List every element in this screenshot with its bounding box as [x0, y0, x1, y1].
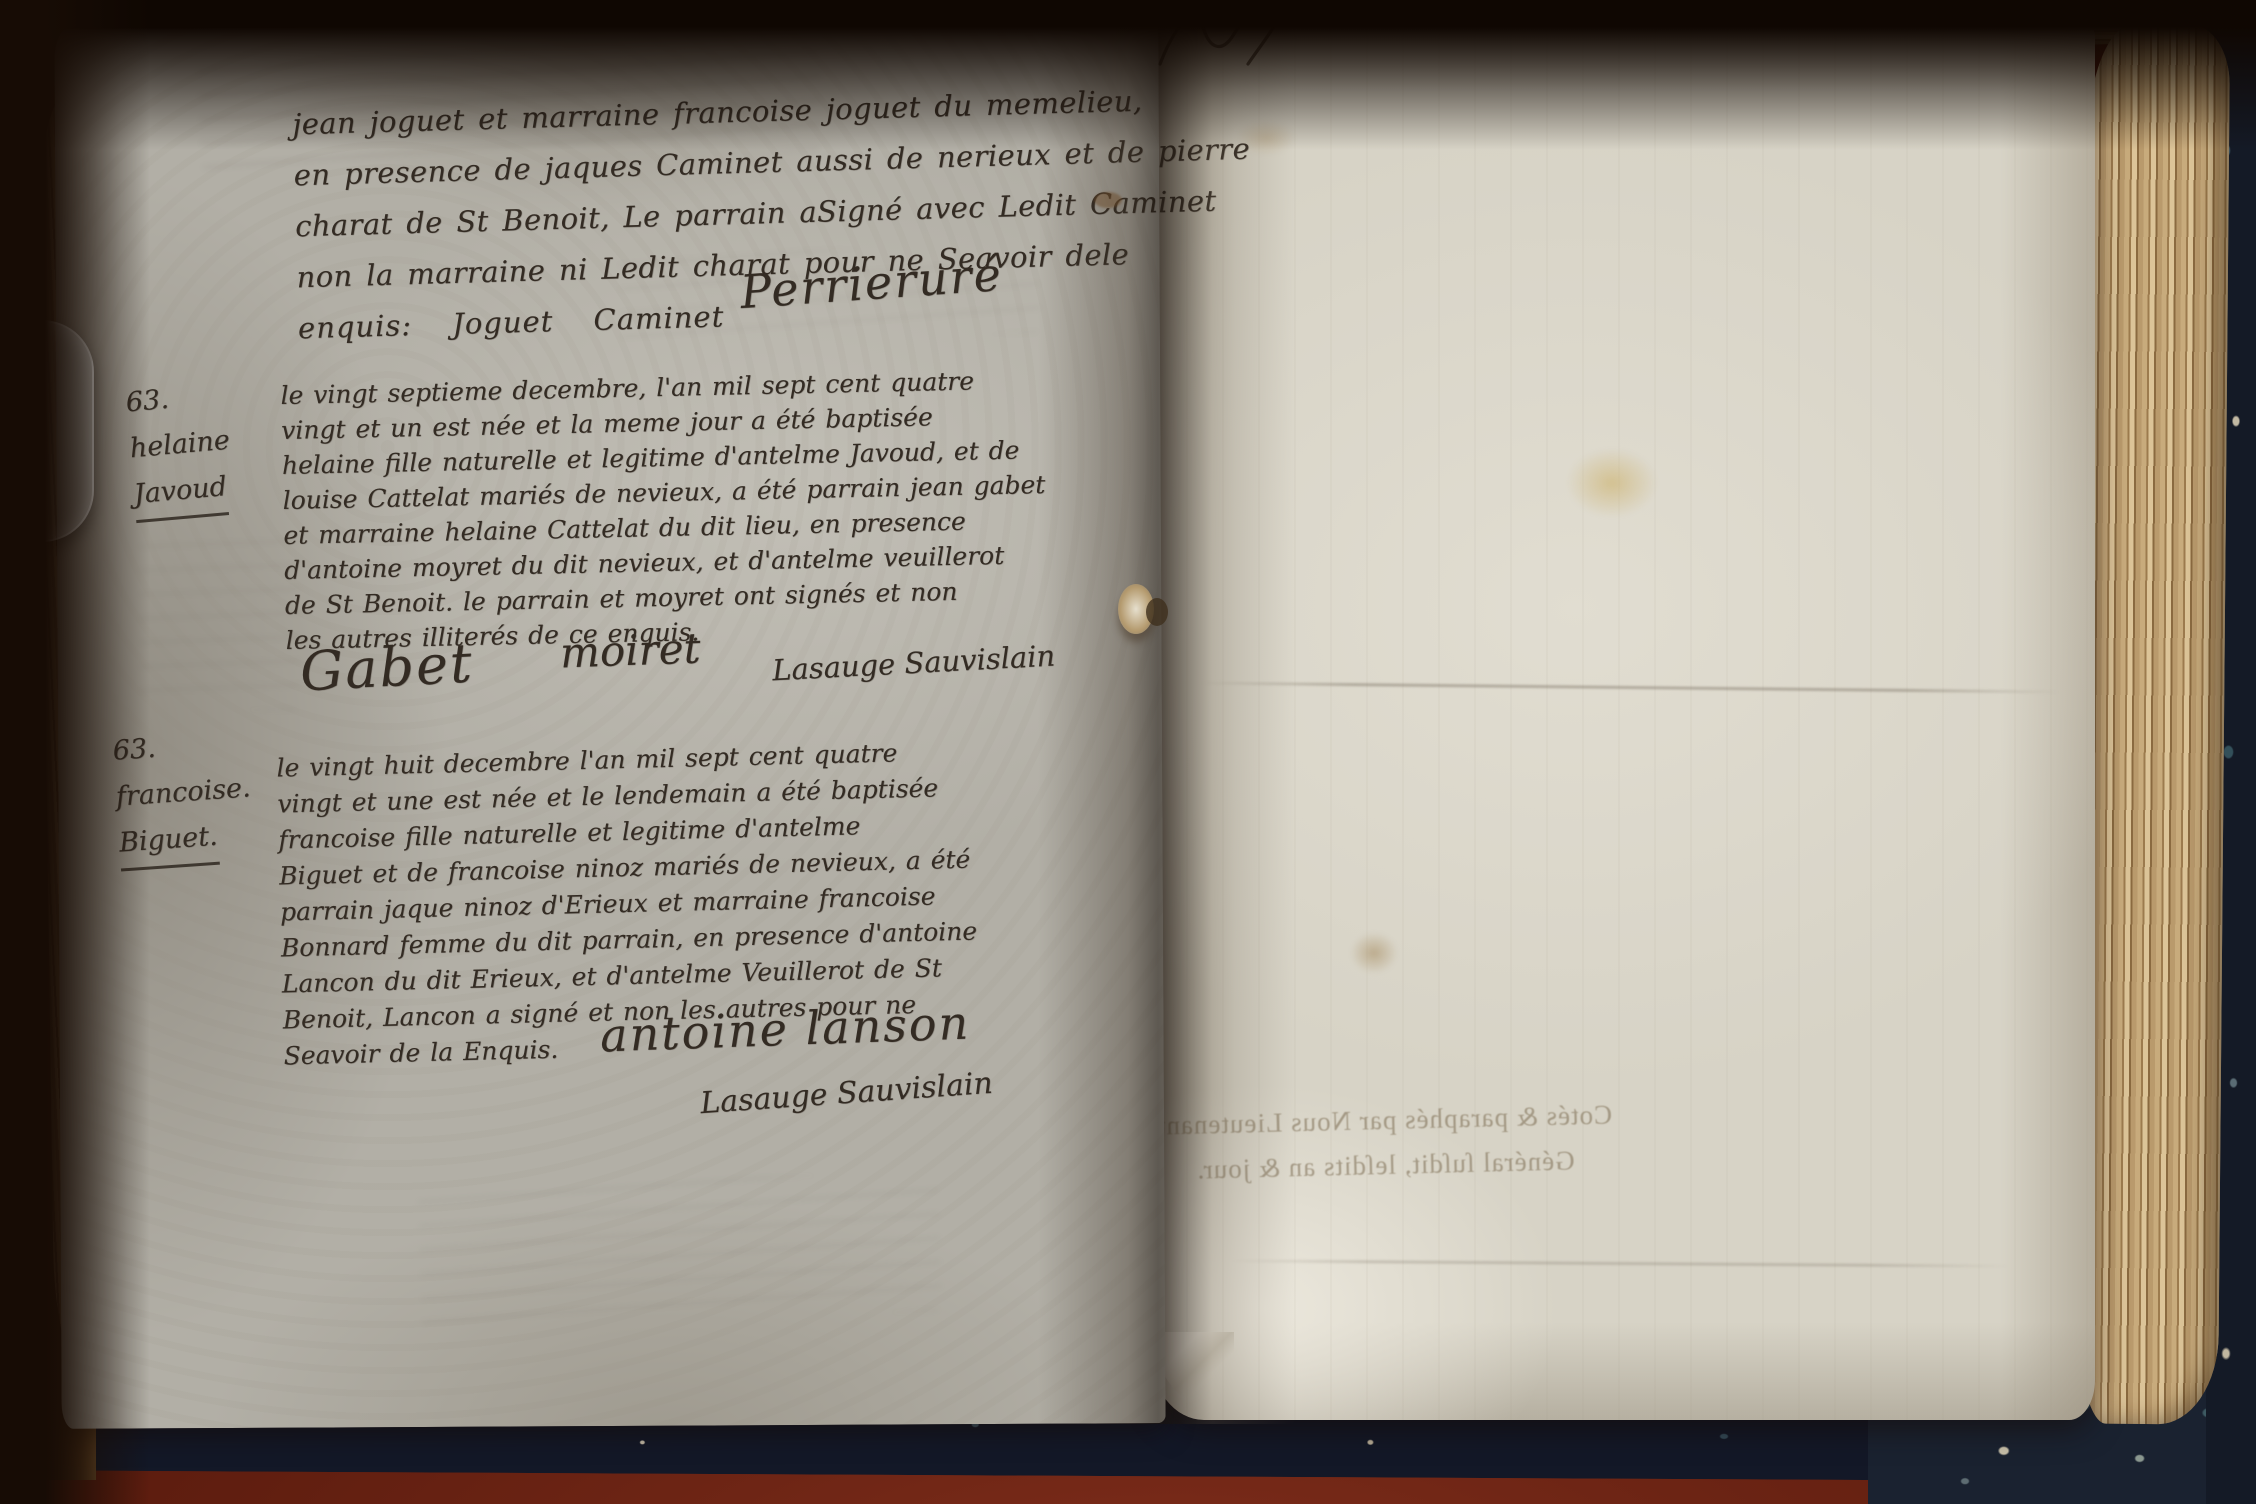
mirrored-stamp: Cotés & paraphés par Nous Lieutenant Gén…	[1089, 1091, 1681, 1195]
manuscript-photo: Cotés & paraphés par Nous Lieutenant Gén…	[0, 0, 2256, 1504]
witness-signature: moiret	[559, 624, 701, 678]
page-edges-right	[2076, 23, 2230, 1424]
damage-spot	[1094, 192, 1122, 208]
bleedthrough-ghost	[418, 1171, 943, 1329]
left-shadow	[0, 0, 150, 1504]
stain	[1350, 932, 1398, 974]
bleedthrough-ghost	[140, 540, 300, 710]
stain	[1566, 448, 1658, 518]
witness-signature: Gabet	[298, 632, 475, 704]
baptism-entry-helaine: le vingt septieme decembre, l'an mil sep…	[280, 362, 1048, 658]
top-shadow	[0, 0, 2256, 150]
blank-right-page	[1150, 20, 2095, 1420]
damage-spot	[1146, 598, 1168, 626]
